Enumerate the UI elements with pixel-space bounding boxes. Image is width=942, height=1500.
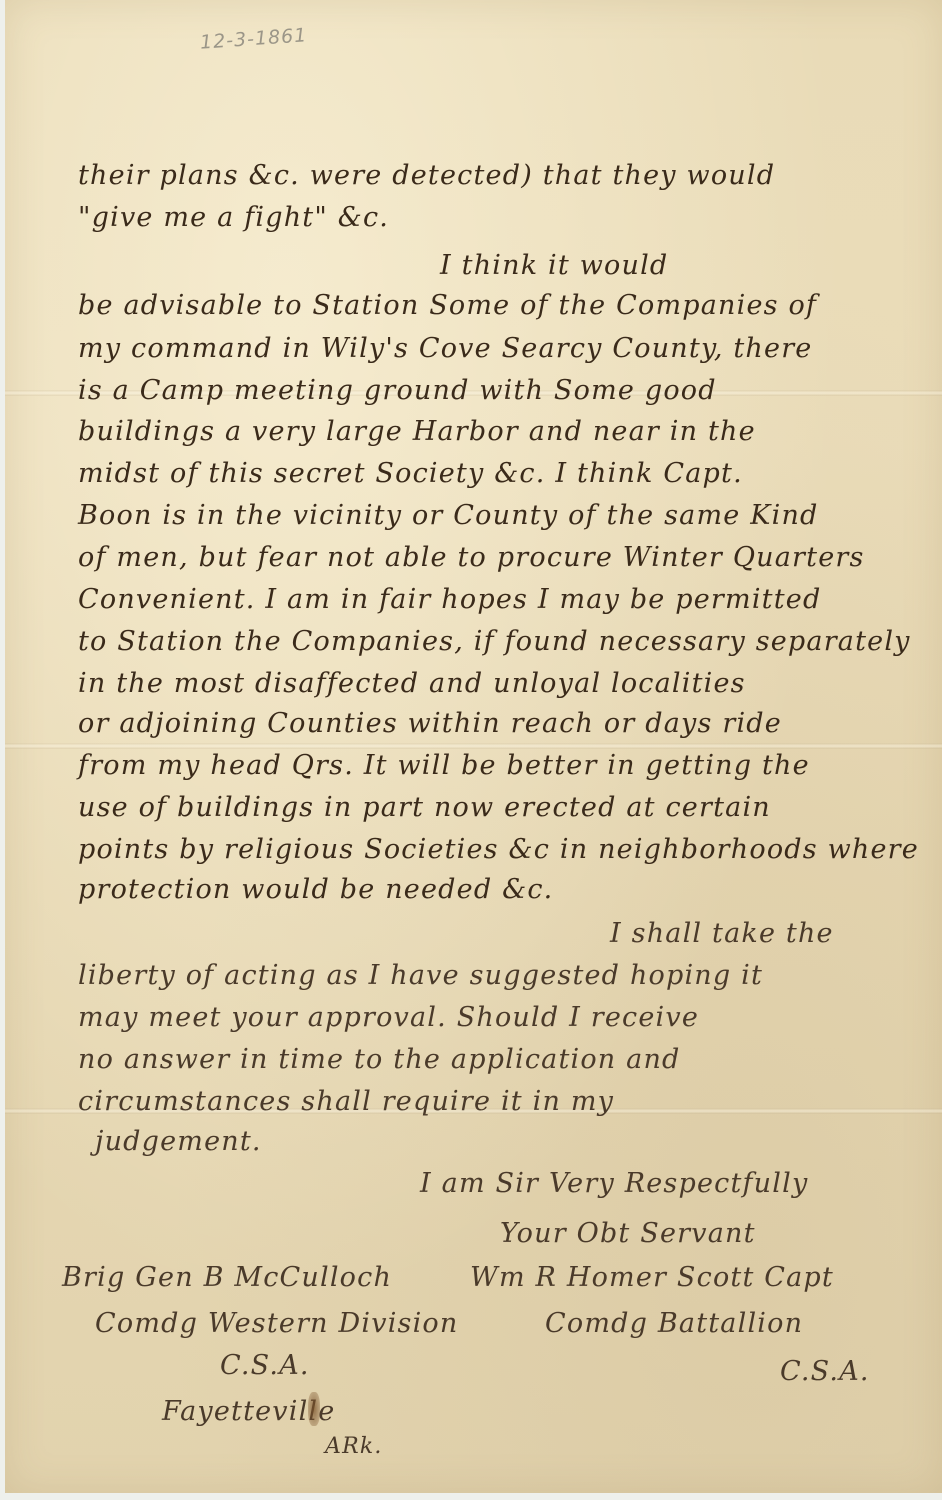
body-line: "give me a fight" &c. bbox=[78, 202, 389, 233]
body-line: is a Camp meeting ground with Some good bbox=[78, 375, 717, 406]
body-line: I shall take the bbox=[610, 918, 834, 949]
body-line: protection would be needed &c. bbox=[78, 874, 553, 905]
closing-salutation: I am Sir Very Respectfully bbox=[420, 1168, 808, 1199]
body-line: judgement. bbox=[95, 1126, 262, 1157]
signer-org: C.S.A. bbox=[780, 1356, 870, 1387]
body-line: points by religious Societies &c in neig… bbox=[78, 834, 919, 865]
body-line: circumstances shall require it in my bbox=[78, 1086, 614, 1117]
body-line: midst of this secret Society &c. I think… bbox=[78, 458, 743, 489]
recipient-name: Brig Gen B McCulloch bbox=[62, 1262, 392, 1293]
body-line: may meet your approval. Should I receive bbox=[78, 1002, 699, 1033]
body-line: to Station the Companies, if found neces… bbox=[78, 626, 911, 657]
body-line: in the most disaffected and unloyal loca… bbox=[78, 668, 746, 699]
ink-stain bbox=[308, 1392, 320, 1426]
fold-line bbox=[5, 743, 942, 749]
signer-title: Comdg Battallion bbox=[545, 1308, 803, 1339]
body-line: I think it would bbox=[440, 250, 668, 281]
body-line: buildings a very large Harbor and near i… bbox=[78, 416, 756, 447]
body-line: be advisable to Station Some of the Comp… bbox=[78, 290, 817, 321]
body-line: Boon is in the vicinity or County of the… bbox=[78, 500, 819, 531]
body-line: from my head Qrs. It will be better in g… bbox=[78, 750, 810, 781]
recipient-org: C.S.A. bbox=[220, 1350, 310, 1381]
body-line: my command in Wily's Cove Searcy County,… bbox=[78, 333, 813, 364]
body-line: or adjoining Counties within reach or da… bbox=[78, 708, 782, 739]
body-line: no answer in time to the application and bbox=[78, 1044, 681, 1075]
closing-servant: Your Obt Servant bbox=[500, 1218, 756, 1249]
body-line: their plans &c. were detected) that they… bbox=[78, 160, 775, 191]
recipient-state: ARk. bbox=[325, 1434, 383, 1459]
signature: Wm R Homer Scott Capt bbox=[470, 1262, 834, 1293]
body-line: liberty of acting as I have suggested ho… bbox=[78, 960, 763, 991]
body-line: use of buildings in part now erected at … bbox=[78, 792, 771, 823]
body-line: of men, but fear not able to procure Win… bbox=[78, 542, 865, 573]
body-line: Convenient. I am in fair hopes I may be … bbox=[78, 584, 821, 615]
recipient-title: Comdg Western Division bbox=[95, 1308, 458, 1339]
